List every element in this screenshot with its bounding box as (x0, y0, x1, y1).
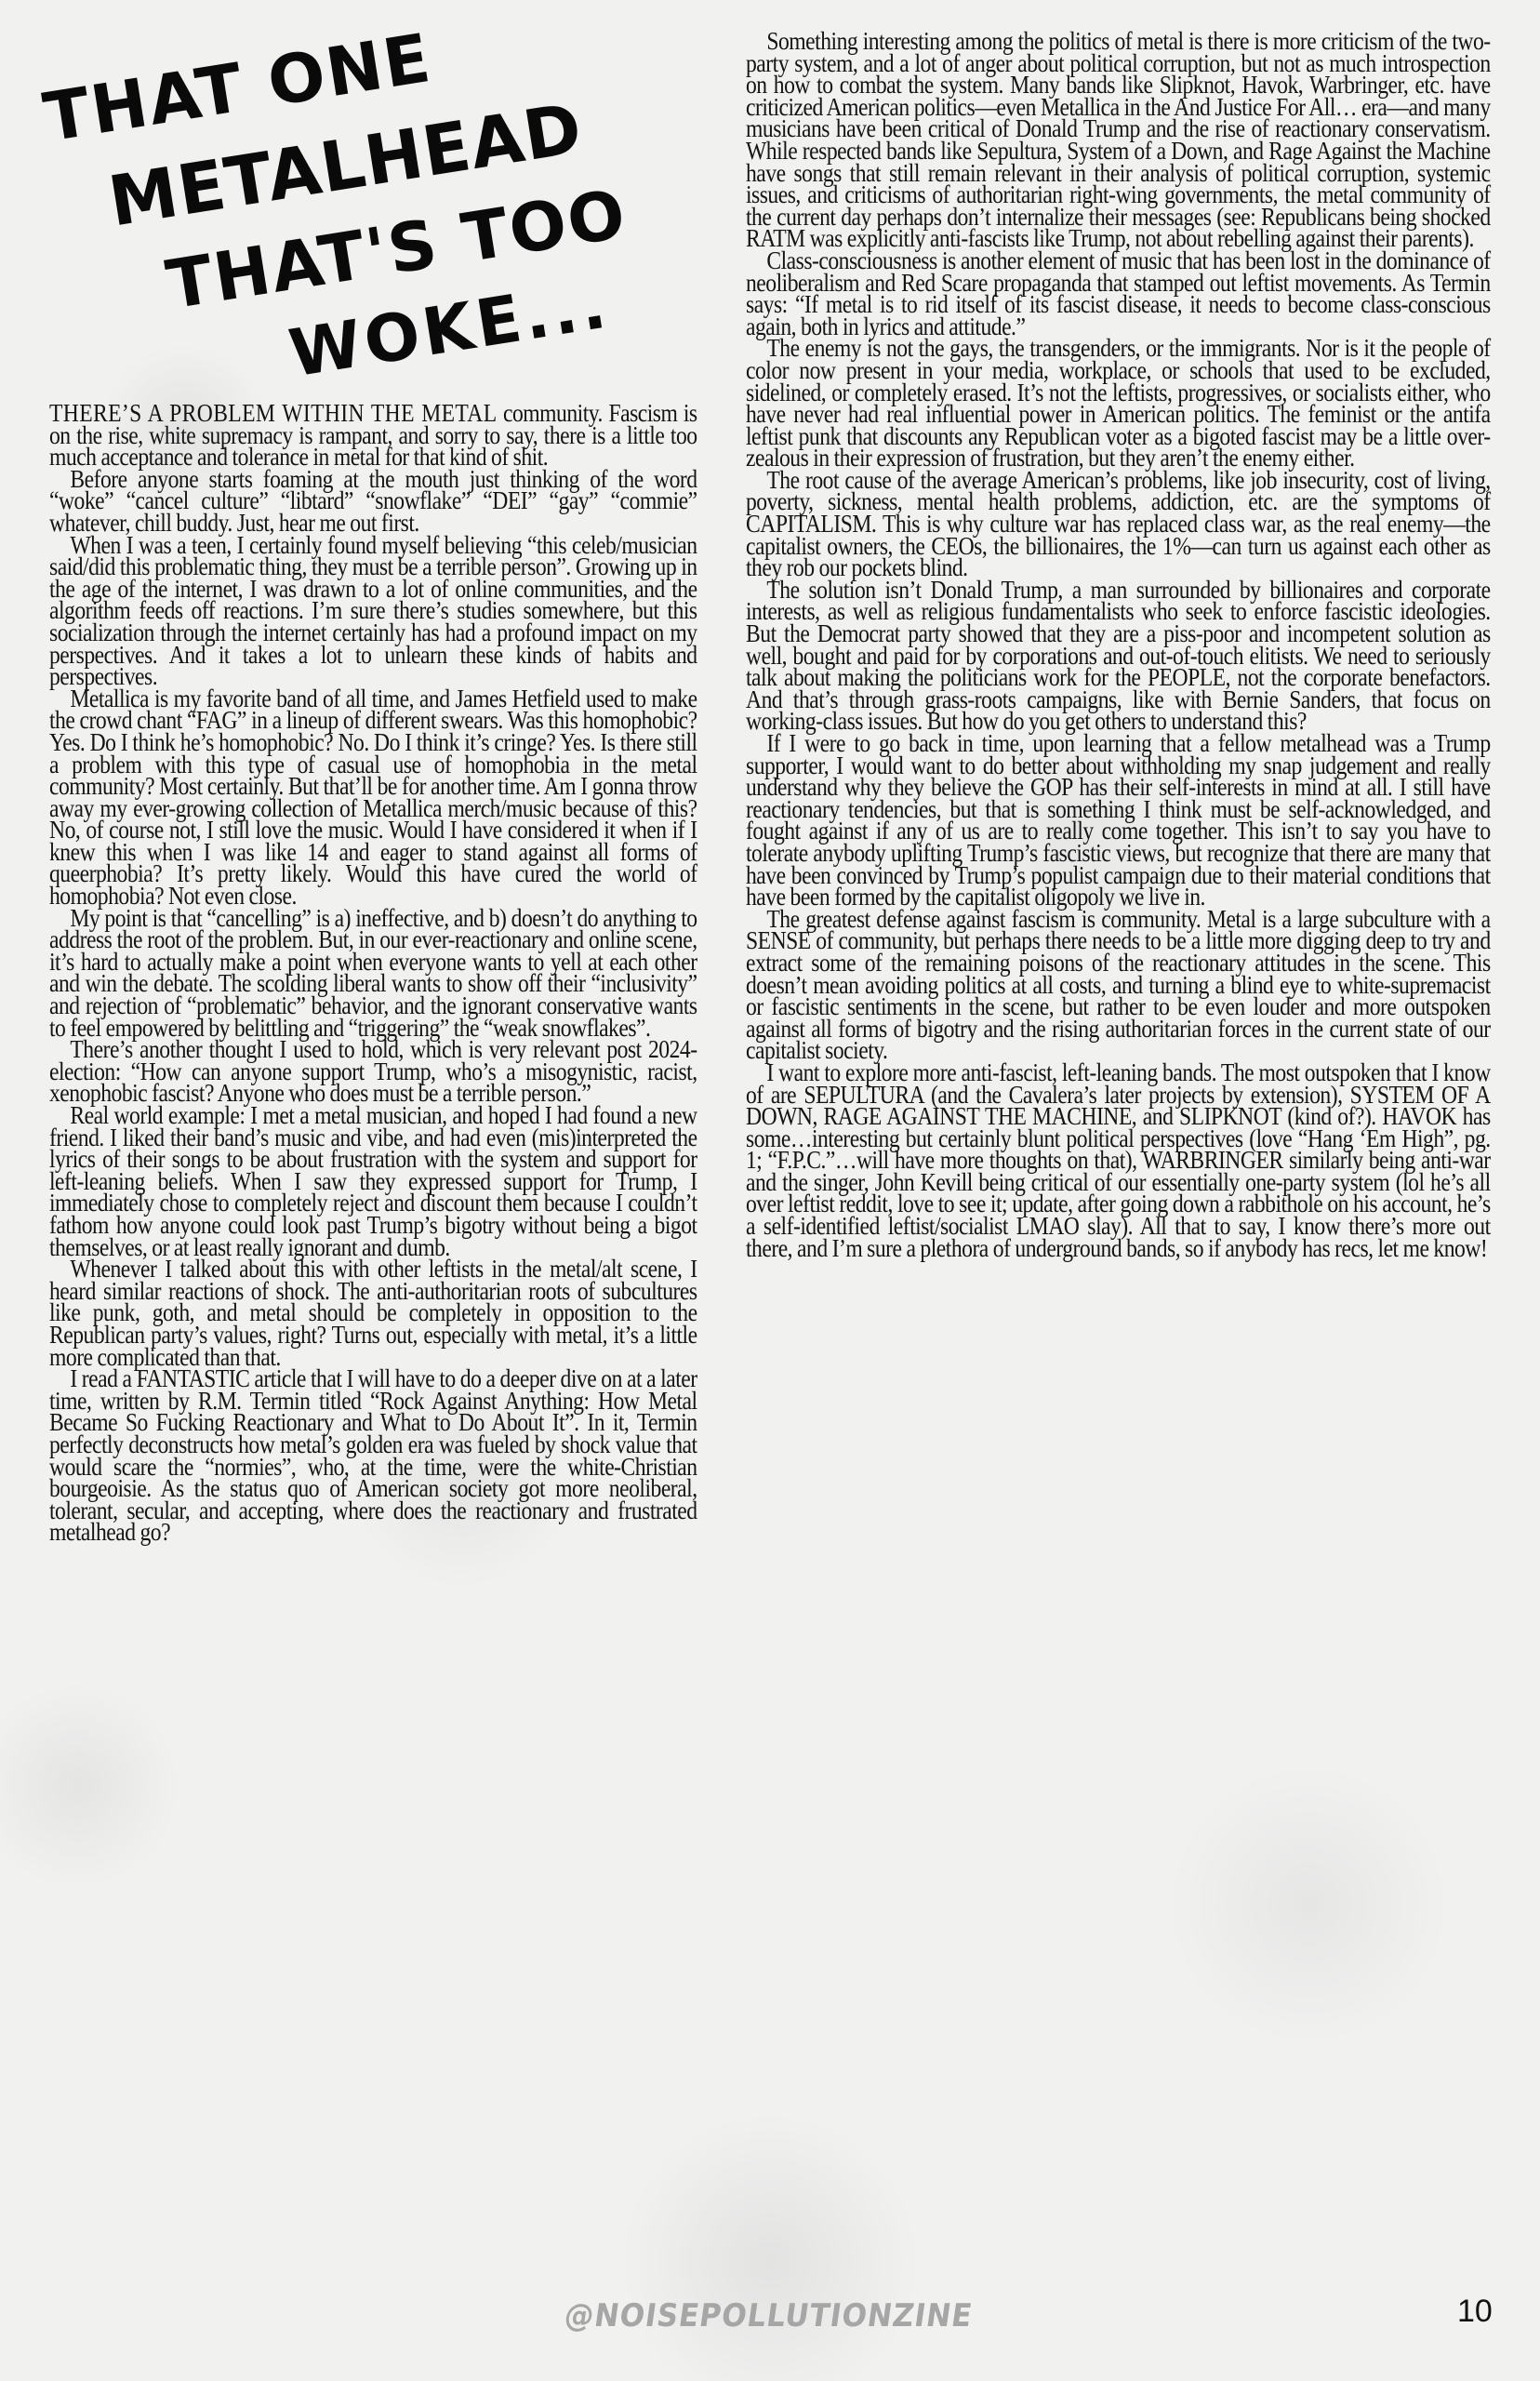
paragraph: Real world example: I met a metal musici… (49, 1104, 697, 1257)
paragraph: There’s another thought I used to hold, … (49, 1038, 697, 1104)
article-column-right: Something interesting among the politics… (746, 30, 1491, 1258)
article-column-left: THERE’S A PROBLEM WITHIN THE METAL commu… (49, 402, 697, 1543)
zine-social-handle: @NOISEPOLLUTIONZINE (562, 2297, 975, 2334)
paragraph: Something interesting among the politics… (746, 30, 1491, 249)
paragraph: Metallica is my favorite band of all tim… (49, 687, 697, 907)
paragraph: If I were to go back in time, upon learn… (746, 732, 1491, 908)
paragraph: Before anyone starts foaming at the mout… (49, 468, 697, 534)
paragraph: The root cause of the average American’s… (746, 469, 1491, 579)
paragraph: The enemy is not the gays, the transgend… (746, 337, 1491, 469)
article-title: THAT ONE METALHEAD THAT'S TOO WOKE... (37, 37, 744, 372)
paragraph: When I was a teen, I certainly found mys… (49, 534, 697, 687)
paragraph: The greatest defense against fascism is … (746, 908, 1491, 1061)
paragraph: My point is that “cancelling” is a) inef… (49, 907, 697, 1039)
page-number: 10 (1457, 2294, 1493, 2330)
paragraph: Class-consciousness is another element o… (746, 249, 1491, 337)
paragraph: I want to explore more anti-fascist, lef… (746, 1061, 1491, 1258)
paragraph-intro: THERE’S A PROBLEM WITHIN THE METAL commu… (49, 402, 697, 468)
paragraph: Whenever I talked about this with other … (49, 1257, 697, 1367)
paragraph: I read a FANTASTIC article that I will h… (49, 1367, 697, 1543)
paragraph: The solution isn’t Donald Trump, a man s… (746, 579, 1491, 732)
